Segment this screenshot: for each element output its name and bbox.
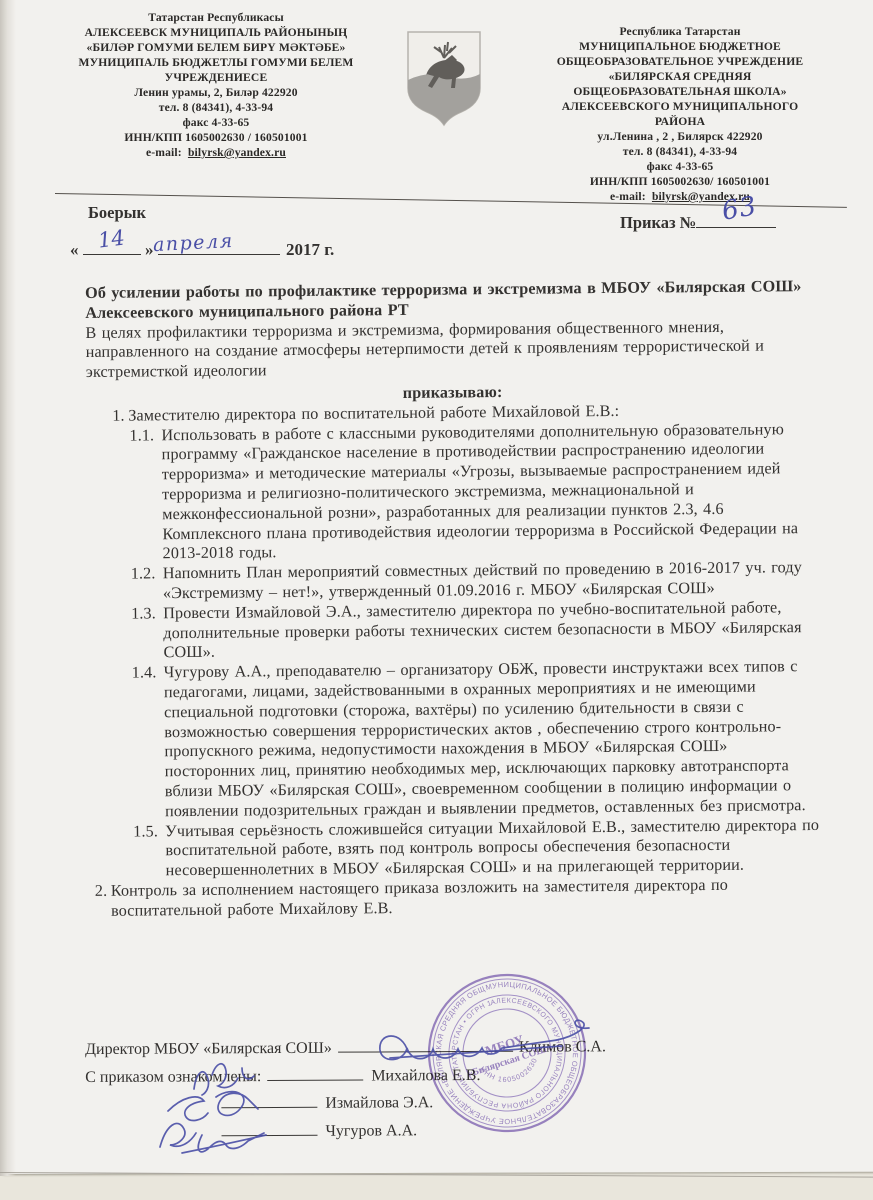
- item-number: 1.5.: [133, 822, 158, 842]
- signature-izmailova: [168, 1092, 258, 1121]
- signature-mikhailova: [194, 1064, 254, 1095]
- letterhead-address: Ленин урамы, 2, Биләр 422920: [40, 85, 392, 100]
- letterhead-line: «БИЛӘР ГОМУМИ БЕЛЕМ БИРҮ МӘКТӘБЕ»: [40, 40, 392, 55]
- item-text: Чугурову А.А., преподавателю – организат…: [164, 657, 806, 820]
- item-text: Контроль за исполнением настоящего прика…: [111, 876, 728, 920]
- order-word-tatar: Боерык: [88, 203, 146, 223]
- letterhead-line: МУНИЦИПАЛЬ БЮДЖЕТЛЫ ГОМУМИ БЕЛЕМ: [40, 55, 392, 70]
- signature-klimov: [380, 1020, 589, 1059]
- item-number: 1.1.: [129, 426, 154, 446]
- order-label: Приказ №: [620, 213, 696, 232]
- list-item-1-3: 1.3. Провести Измайловой Э.А., заместите…: [88, 598, 822, 664]
- item-text: Провести Измайловой Э.А., заместителю ди…: [163, 598, 802, 662]
- order-body: Об усилении работы по профилактике терро…: [85, 277, 824, 922]
- item-number: 2.: [95, 882, 108, 902]
- coat-of-arms-deer: [398, 24, 490, 134]
- year-text: 2017 г.: [286, 240, 334, 259]
- letterhead-inn: ИНН/КПП 1605002630/ 160501001: [497, 174, 863, 189]
- email-address: bilyrsk@yandex.ru: [188, 146, 286, 159]
- letterhead-phone: тел. 8 (84341), 4-33-94: [40, 100, 392, 115]
- item-number: 1.3.: [131, 604, 156, 624]
- letterhead-phone: тел. 8 (84341), 4-33-94: [497, 144, 863, 159]
- letterhead-line: ОБЩЕОБРАЗОВАТЕЛЬНОЕ УЧРЕЖДЕНИЕ: [497, 54, 863, 69]
- item-number: 1.4.: [132, 663, 157, 683]
- scan-edge-artifact: [0, 0, 16, 1176]
- list-item-1-5: 1.5. Учитывая серьёзность сложившейся си…: [90, 815, 824, 881]
- email-label: e-mail:: [146, 146, 182, 159]
- handwritten-day: 14: [97, 225, 126, 252]
- signature-chugurov: [160, 1123, 266, 1153]
- scanned-order-document: { "colors": { "paper": "#f2f1ee", "text_…: [0, 0, 873, 1200]
- letterhead-line: МУНИЦИПАЛЬНОЕ БЮДЖЕТНОЕ: [497, 39, 863, 54]
- letterhead-email: e-mail: bilyrsk@yandex.ru: [40, 145, 392, 160]
- item-number: 1.: [112, 406, 125, 426]
- letterhead-fax: факс 4-33-65: [497, 159, 863, 174]
- shield-mound: [408, 74, 480, 125]
- list-item-1-2: 1.2. Напомнить План мероприятий совместн…: [88, 558, 821, 605]
- order-title: Об усилении работы по профилактике терро…: [85, 277, 818, 324]
- handwritten-month: апреля: [152, 230, 234, 256]
- list-item-1-4: 1.4. Чугурову А.А., преподавателю – орга…: [89, 657, 823, 822]
- letterhead-line: Татарстан Республикасы: [40, 10, 392, 25]
- list-item-1-1: 1.1. Использовать в работе с классными р…: [86, 420, 820, 566]
- letterhead-line: РАЙОНА: [497, 114, 863, 129]
- letterhead-line: ОБЩЕОБРАЗОВАТЕЛЬНАЯ ШКОЛА»: [497, 84, 863, 99]
- item-text: Использовать в работе с классными руково…: [161, 420, 798, 563]
- letterhead-tatar: Татарстан Республикасы АЛЕКСЕЕВСК МУНИЦИ…: [40, 10, 392, 160]
- letterhead-fax: факс 4-33-65: [40, 115, 392, 130]
- quote-open: «: [70, 240, 79, 259]
- letterhead-russian: Республика Татарстан МУНИЦИПАЛЬНОЕ БЮДЖЕ…: [497, 24, 863, 204]
- item-text: Напомнить План мероприятий совместных де…: [163, 558, 802, 602]
- email-label: e-mail:: [610, 190, 646, 203]
- letterhead-address: ул.Ленина , 2 , Билярск 422920: [497, 129, 863, 144]
- item-text: Заместителю директора по воспитательной …: [128, 402, 619, 425]
- handwritten-signatures: [150, 1005, 670, 1165]
- letterhead-line: АЛЕКСЕЕВСК МУНИЦИПАЛЬ РАЙОНЫНЫҢ: [40, 25, 392, 40]
- handwritten-order-number: 63: [720, 191, 760, 227]
- letterhead-inn: ИНН/КПП 1605002630 / 160501001: [40, 130, 392, 145]
- list-item-2: 2. Контроль за исполнением настоящего пр…: [91, 875, 824, 922]
- letterhead-line: АЛЕКСЕЕВСКОГО МУНИЦИПАЛЬНОГО: [497, 99, 863, 114]
- letterhead-line: «БИЛЯРСКАЯ СРЕДНЯЯ: [497, 69, 863, 84]
- item-text: Учитывая серьёзность сложившейся ситуаци…: [165, 815, 819, 879]
- item-number: 1.2.: [131, 564, 156, 584]
- letterhead-line: УЧРЕЖДЕНИЕСЕ: [40, 70, 392, 85]
- letterhead-line: Республика Татарстан: [497, 24, 863, 39]
- signature-klimov-underline: [390, 1046, 562, 1058]
- order-preamble: В целях профилактики терроризма и экстре…: [85, 317, 819, 383]
